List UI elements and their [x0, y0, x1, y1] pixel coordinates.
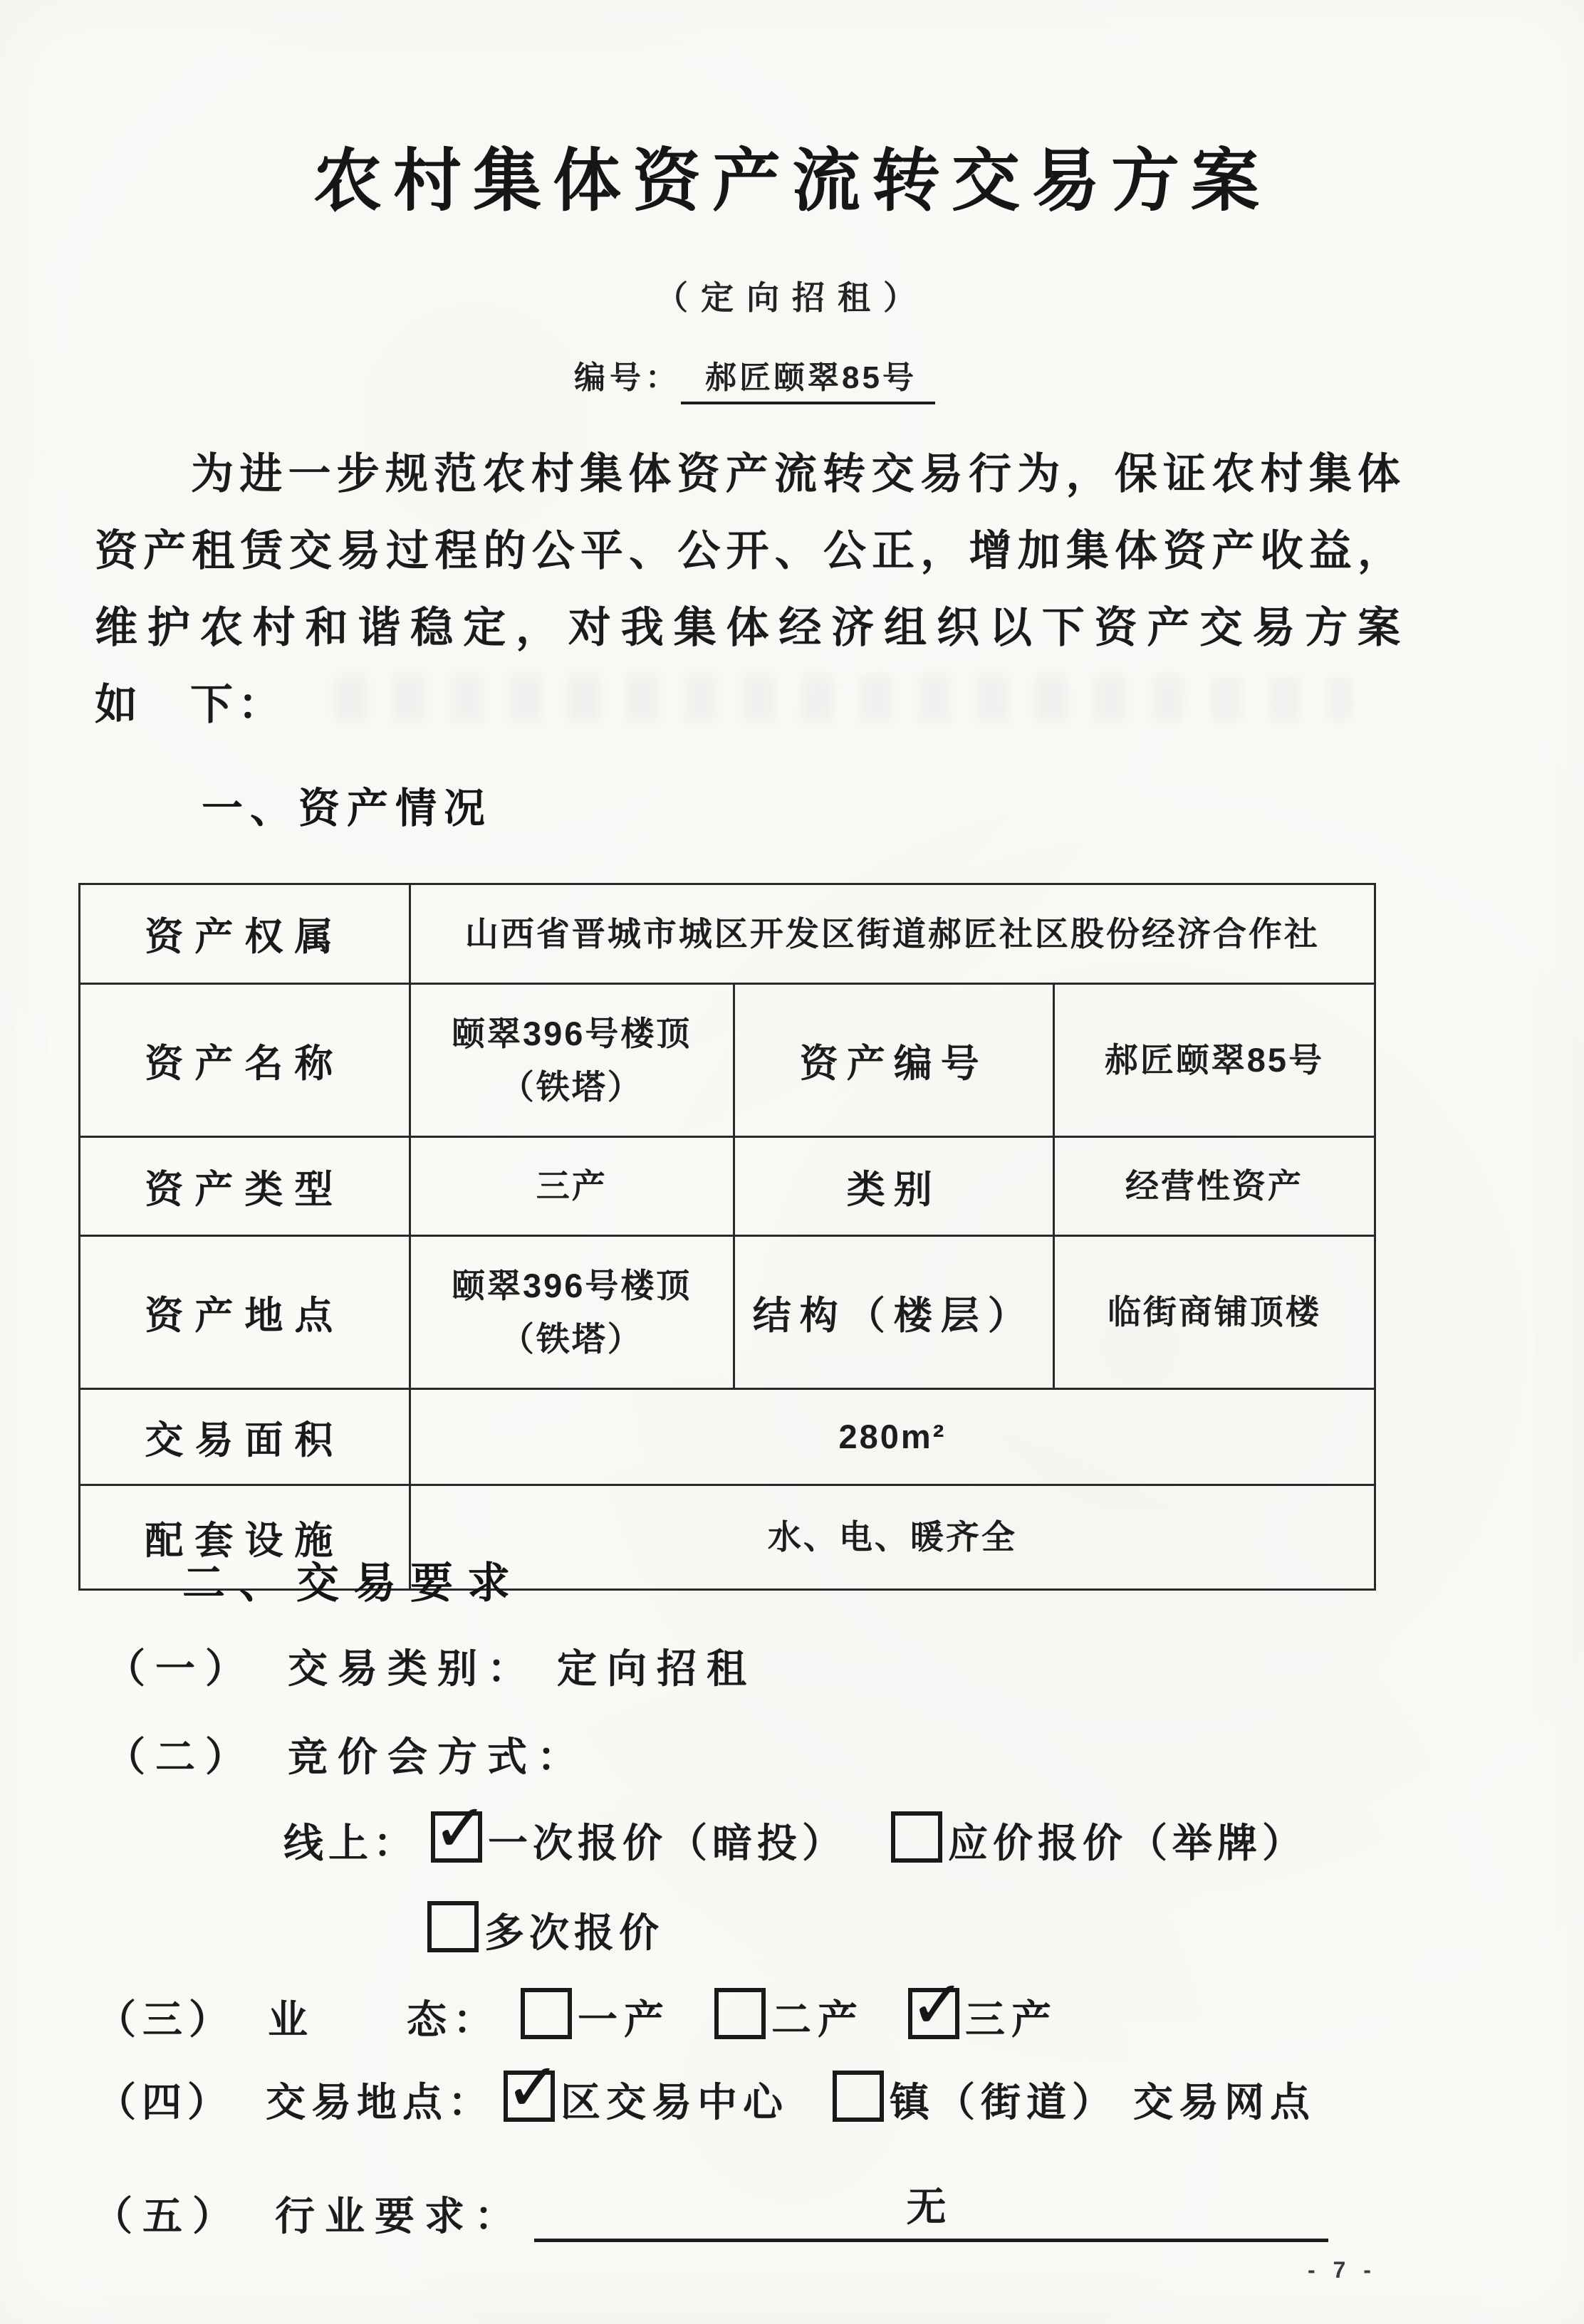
asset-location-value: 颐翠396号楼顶（铁塔） [410, 1236, 734, 1389]
intro-line: 维护农村和谐稳定，对我集体经济组织以下资产交易方案 [95, 590, 1405, 666]
item-number: （二） [105, 1736, 255, 1780]
doc-number-label: 编号： [574, 360, 681, 395]
category-value: 经营性资产 [1053, 1137, 1375, 1236]
asset-info-table: 资产权属 山西省晋城市城区开发区街道郝匠社区股份经济合作社 资产名称 颐翠396… [78, 883, 1376, 1591]
intro-line: 资产租赁交易过程的公平、公开、公正，增加集体资产收益， [95, 513, 1405, 590]
checkbox-multiple-bid [427, 1901, 479, 1952]
item-number: （四） [96, 2081, 233, 2125]
option-district-trading-center: 区交易中心 [504, 2081, 788, 2125]
asset-name-value: 颐翠396号楼顶（铁塔） [410, 984, 734, 1137]
online-label: 线上： [283, 1822, 418, 1866]
item-label: 业 态： [268, 1999, 499, 2043]
trade-category-value: 定向招租 [557, 1648, 756, 1692]
category-label: 类别 [734, 1137, 1053, 1236]
intro-line: 为进一步规范农村集体资产流转交易行为，保证农村集体 [95, 436, 1405, 513]
section-heading-asset-info: 一、资产情况 [202, 775, 492, 834]
option-label: 区交易中心 [561, 2081, 788, 2125]
item-bidding-method: （二）竞价会方式： [105, 1726, 587, 1783]
transaction-area-value: 280m² [410, 1389, 1375, 1485]
item-trade-location: （四）交易地点：区交易中心镇（街道） 交易网点 [96, 2071, 1315, 2128]
multiple-bid-option: 多次报价 [427, 1901, 664, 1959]
checkbox-district-trading-center [504, 2071, 555, 2122]
option-tertiary-industry: 三产 [908, 1999, 1058, 2043]
item-label: 交易类别： [288, 1648, 537, 1692]
table-row: 资产权属 山西省晋城市城区开发区街道郝匠社区股份经济合作社 [80, 884, 1375, 984]
doc-subtitle: （定向招租） [0, 272, 1584, 319]
page-title: 农村集体资产流转交易方案 [0, 127, 1584, 224]
bleed-through-artifact [335, 675, 1353, 722]
option-town-trading-network: 镇（街道） 交易网点 [833, 2081, 1315, 2125]
option-one-time-bid: 一次报价（暗投） [431, 1822, 847, 1866]
option-response-bid: 应价报价（举牌） [891, 1822, 1307, 1866]
asset-type-label: 资产类型 [80, 1137, 410, 1236]
checkbox-response-bid [891, 1811, 942, 1863]
asset-name-label: 资产名称 [80, 984, 410, 1137]
item-label: 行业要求： [275, 2195, 524, 2239]
option-label: 多次报价 [484, 1912, 664, 1956]
option-secondary-industry: 二产 [714, 1999, 864, 2043]
table-row: 资产名称 颐翠396号楼顶（铁塔） 资产编号 郝匠颐翠85号 [80, 984, 1375, 1137]
item-number: （三） [96, 1999, 235, 2043]
option-label: 应价报价（举牌） [948, 1822, 1307, 1866]
structure-floor-label: 结构（楼层） [734, 1236, 1053, 1389]
asset-ownership-value: 山西省晋城市城区开发区街道郝匠社区股份经济合作社 [410, 884, 1375, 984]
supporting-facilities-value: 水、电、暖齐全 [410, 1485, 1375, 1590]
asset-ownership-label: 资产权属 [80, 884, 410, 984]
option-label: 二产 [771, 1999, 864, 2043]
option-primary-industry: 一产 [521, 1999, 670, 2043]
table-row: 交易面积 280m² [80, 1389, 1375, 1485]
section-heading-trade-requirements: 二、交易要求 [182, 1549, 524, 1611]
checkbox-town-trading-network [833, 2071, 884, 2122]
option-label: 三产 [965, 1999, 1058, 2043]
online-bidding-options: 线上：一次报价（暗投）应价报价（举牌） [283, 1811, 1307, 1869]
document-page: 农村集体资产流转交易方案 （定向招租） 编号：郝匠颐翠85号 为进一步规范农村集… [0, 0, 1584, 2324]
structure-floor-value: 临街商铺顶楼 [1053, 1236, 1375, 1389]
item-number: （一） [105, 1648, 255, 1692]
doc-number-value: 郝匠颐翠85号 [681, 352, 935, 404]
table-row: 资产地点 颐翠396号楼顶（铁塔） 结构（楼层） 临街商铺顶楼 [80, 1236, 1375, 1389]
checkbox-secondary-industry [714, 1988, 766, 2039]
asset-code-label: 资产编号 [734, 984, 1053, 1137]
asset-location-label: 资产地点 [80, 1236, 410, 1389]
item-label: 交易地点： [266, 2081, 494, 2125]
transaction-area-label: 交易面积 [80, 1389, 410, 1485]
checkbox-tertiary-industry [908, 1988, 959, 2039]
table-row: 资产类型 三产 类别 经营性资产 [80, 1137, 1375, 1236]
item-industry-requirement: （五）行业要求：无 [93, 2176, 1328, 2242]
item-trade-category: （一）交易类别：定向招租 [105, 1638, 756, 1695]
industry-requirement-underline: 无 [534, 2176, 1328, 2242]
checkbox-primary-industry [521, 1988, 572, 2039]
option-label: 一产 [578, 1999, 670, 2043]
item-label: 竞价会方式： [288, 1736, 587, 1780]
option-multiple-bid: 多次报价 [427, 1912, 664, 1956]
item-number: （五） [93, 2195, 242, 2239]
doc-number: 编号：郝匠颐翠85号 [574, 352, 935, 404]
industry-requirement-value: 无 [907, 2186, 957, 2230]
item-industry-type: （三）业 态：一产二产三产 [96, 1988, 1058, 2046]
asset-code-value: 郝匠颐翠85号 [1053, 984, 1375, 1137]
checkbox-one-time-bid [431, 1811, 482, 1863]
option-label: 镇（街道） 交易网点 [890, 2081, 1315, 2125]
option-label: 一次报价（暗投） [488, 1822, 847, 1866]
page-number: - 7 - [1308, 2257, 1377, 2283]
asset-type-value: 三产 [410, 1137, 734, 1236]
